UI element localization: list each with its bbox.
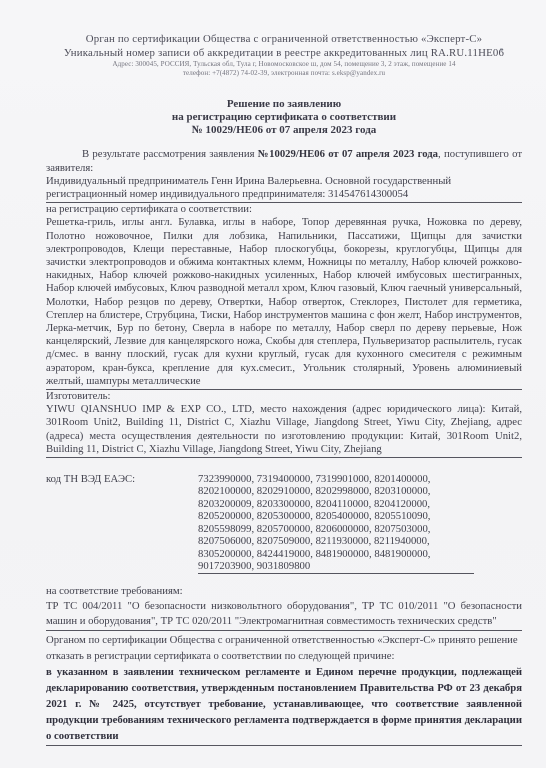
compliance-label: на соответствие требованиям: — [46, 585, 522, 598]
manufacturer-field: YIWU QIANSHUO IMP & EXP CO., LTD, место … — [46, 403, 522, 458]
tnved-codes-section: код ТН ВЭД ЕАЭС: 7323990000, 7319400000,… — [46, 473, 522, 574]
document-content: Орган по сертификации Общества с огранич… — [46, 33, 522, 746]
registration-label: на регистрацию сертификата о соответстви… — [46, 203, 522, 216]
refusal-reason-paragraph: в указанном в заявлении техническом регл… — [46, 664, 522, 746]
application-number: №10029/НЕ06 от 07 апреля 2023 года — [258, 148, 438, 160]
org-contact-line: телефон: +7(4872) 74-02-39, электронная … — [46, 69, 522, 78]
title-line-2: на регистрацию сертификата о соответстви… — [46, 111, 522, 124]
org-name-line: Орган по сертификации Общества с огранич… — [46, 33, 522, 47]
org-address-line: Адрес: 300045, РОССИЯ, Тульская обл, Тул… — [46, 60, 522, 69]
manufacturer-label: Изготовитель: — [46, 390, 522, 403]
certification-body-header: Орган по сертификации Общества с огранич… — [46, 33, 522, 78]
scanned-document-page: Орган по сертификации Общества с огранич… — [0, 0, 546, 768]
regulations-field: ТР ТС 004/2011 "О безопасности низковоль… — [46, 599, 522, 631]
accreditation-number-line: Уникальный номер записи об аккредитации … — [46, 47, 522, 61]
applicant-field: Индивидуальный предприниматель Генн Ирин… — [46, 175, 522, 203]
intro-text: В результате рассмотрения заявления — [82, 148, 258, 160]
application-intro-paragraph: В результате рассмотрения заявления №100… — [46, 148, 522, 174]
tnved-codes-field: 7323990000, 7319400000, 7319901000, 8201… — [198, 473, 474, 574]
title-line-1: Решение по заявлению — [46, 98, 522, 111]
document-title: Решение по заявлению на регистрацию серт… — [46, 98, 522, 136]
decision-intro-paragraph: Органом по сертификации Общества с огран… — [46, 632, 522, 664]
title-line-3: № 10029/НЕ06 от 07 апреля 2023 года — [46, 124, 522, 137]
products-list-field: Решетка-гриль, иглы англ. Булавка, иглы … — [46, 216, 522, 390]
tnved-label: код ТН ВЭД ЕАЭС: — [46, 473, 198, 574]
